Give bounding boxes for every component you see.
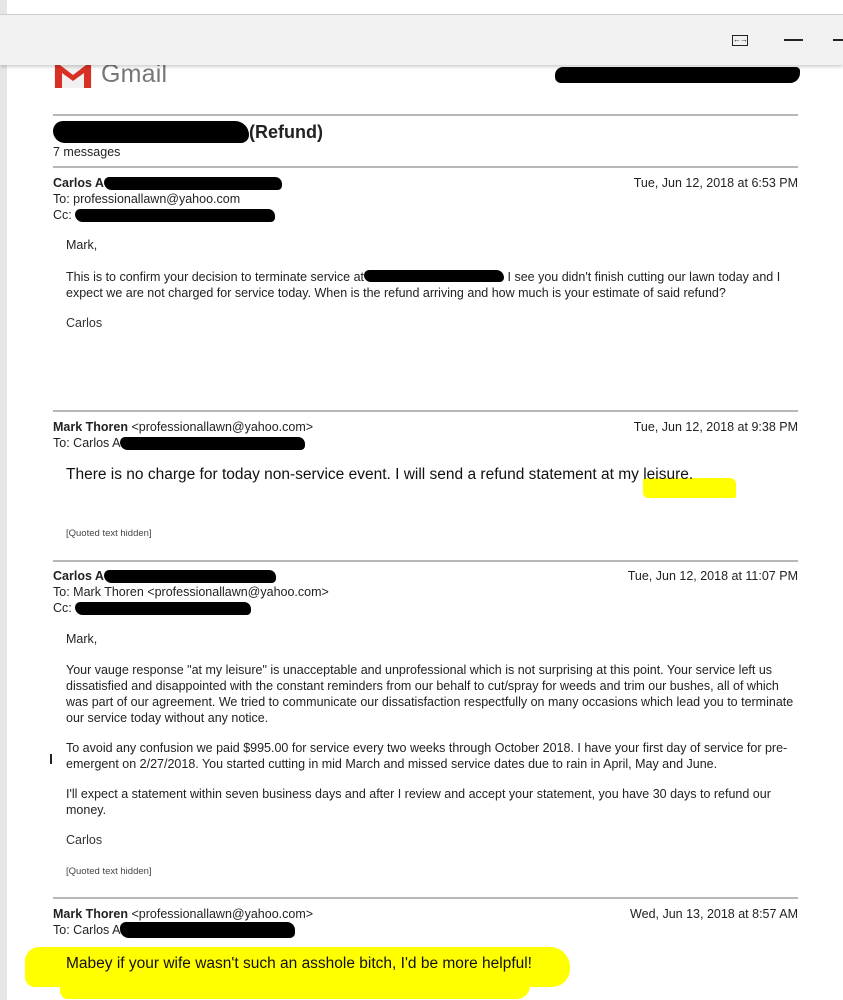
- to-label: To:: [53, 191, 70, 207]
- message-header: Mark Thoren <professionallawn@yahoo.com>…: [53, 906, 313, 938]
- message-body: Mark, Your vauge response "at my leisure…: [66, 631, 796, 848]
- sender-email: <professionallawn@yahoo.com>: [132, 419, 314, 435]
- message-date: Tue, Jun 12, 2018 at 6:53 PM: [634, 176, 798, 190]
- sender-email-redacted: [104, 570, 276, 583]
- highlight-mark: [60, 975, 530, 999]
- recipient: Carlos A: [73, 435, 120, 451]
- message-header: Carlos A To: professionallawn@yahoo.com …: [53, 175, 282, 223]
- divider: [53, 560, 798, 562]
- divider: [53, 410, 798, 412]
- message-header: Mark Thoren <professionallawn@yahoo.com>…: [53, 419, 313, 451]
- close-button[interactable]: [833, 15, 843, 65]
- close-icon: [833, 39, 843, 41]
- window-titlebar: ←→: [0, 14, 843, 65]
- cc-redacted: [75, 602, 251, 615]
- subject-redacted: [53, 121, 249, 143]
- body-paragraph: I'll expect a statement within seven bus…: [66, 786, 796, 818]
- message-body: Mabey if your wife wasn't such an asshol…: [66, 955, 532, 973]
- body-signature: Carlos: [66, 832, 796, 848]
- divider: [53, 897, 798, 899]
- quoted-text-toggle[interactable]: [Quoted text hidden]: [66, 528, 152, 539]
- sender-name[interactable]: Carlos A: [53, 175, 104, 191]
- minimize-icon: [784, 39, 803, 41]
- body-paragraph: Your vauge response "at my leisure" is u…: [66, 662, 796, 726]
- recipient-redacted: [120, 437, 305, 450]
- to-label: To:: [53, 435, 70, 451]
- message-date: Tue, Jun 12, 2018 at 9:38 PM: [634, 420, 798, 434]
- subject-suffix: (Refund): [249, 122, 323, 143]
- account-email-redacted: [555, 67, 800, 83]
- message-count: 7 messages: [53, 145, 120, 159]
- divider: [53, 166, 798, 168]
- message-body: There is no charge for today non-service…: [66, 466, 693, 484]
- cc-label: Cc:: [53, 207, 72, 223]
- body-paragraph: Mark,: [66, 631, 796, 647]
- cc-label: Cc:: [53, 600, 72, 616]
- sender-name[interactable]: Mark Thoren: [53, 906, 128, 922]
- recipient: Carlos A: [73, 922, 120, 938]
- recipient: Mark Thoren <professionallawn@yahoo.com>: [73, 584, 329, 600]
- message-header: Carlos A To: Mark Thoren <professionalla…: [53, 568, 329, 616]
- restore-button[interactable]: ←→: [730, 15, 750, 65]
- sender-email: <professionallawn@yahoo.com>: [132, 906, 314, 922]
- message-date: Wed, Jun 13, 2018 at 8:57 AM: [630, 907, 798, 921]
- body-paragraph: Mark,: [66, 237, 796, 253]
- recipient: professionallawn@yahoo.com: [73, 191, 240, 207]
- top-strip: [0, 0, 843, 14]
- sender-name[interactable]: Carlos A: [53, 568, 104, 584]
- to-label: To:: [53, 922, 70, 938]
- message-body: Mark, This is to confirm your decision t…: [66, 237, 796, 331]
- body-signature: Carlos: [66, 315, 796, 331]
- cc-redacted: [75, 209, 275, 222]
- recipient-redacted: [120, 922, 295, 938]
- to-label: To:: [53, 584, 70, 600]
- sender-name[interactable]: Mark Thoren: [53, 419, 128, 435]
- sender-email-redacted: [104, 177, 282, 190]
- left-window-border: [0, 0, 7, 1000]
- body-text-part: This is to confirm your decision to term…: [66, 270, 364, 284]
- address-redacted: [364, 270, 504, 282]
- minimize-button[interactable]: [782, 15, 804, 65]
- restore-icon: ←→: [732, 35, 748, 46]
- quoted-text-toggle[interactable]: [Quoted text hidden]: [66, 866, 152, 877]
- body-paragraph: To avoid any confusion we paid $995.00 f…: [66, 740, 796, 772]
- thread-subject: (Refund): [53, 121, 323, 143]
- text-cursor: [50, 754, 52, 764]
- divider: [53, 114, 798, 116]
- message-date: Tue, Jun 12, 2018 at 11:07 PM: [628, 569, 798, 583]
- body-paragraph: This is to confirm your decision to term…: [66, 269, 796, 301]
